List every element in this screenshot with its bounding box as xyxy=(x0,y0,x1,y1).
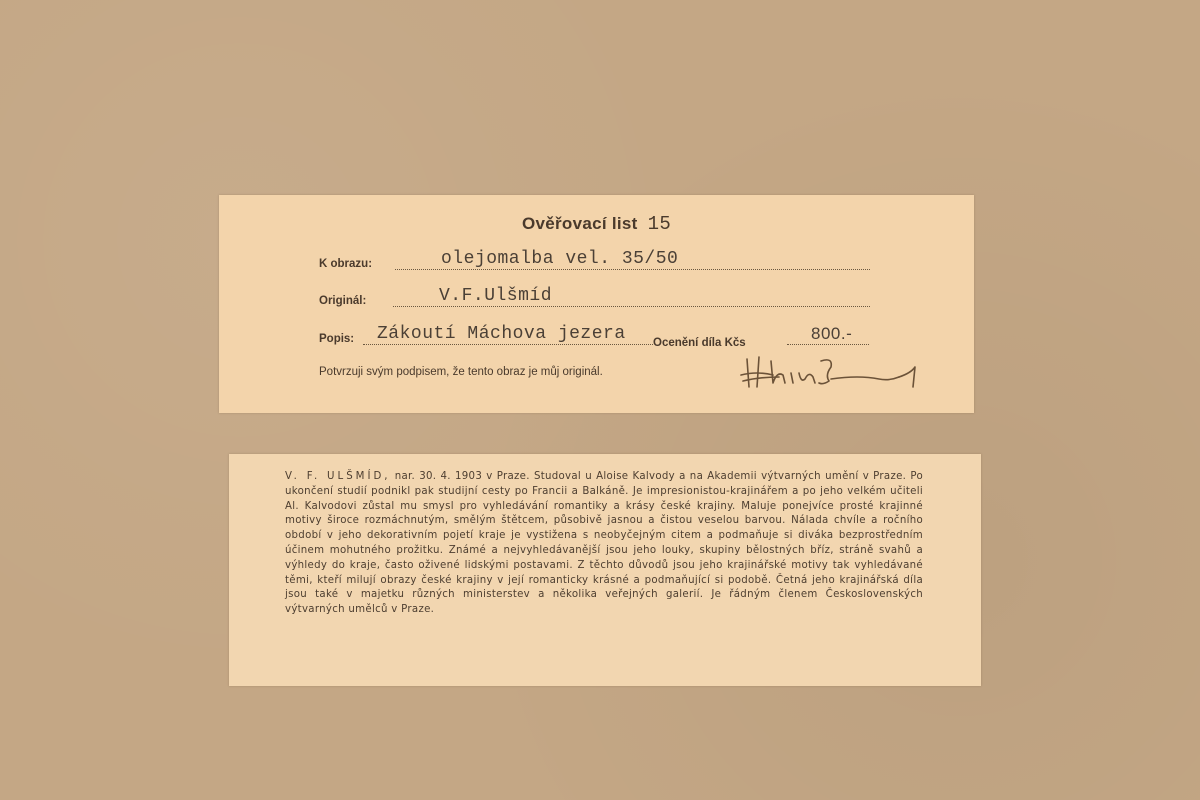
oceneni-value: 800.- xyxy=(811,324,852,344)
certificate-label: Ověřovací list15 K obrazu: olejomalba ve… xyxy=(219,195,974,413)
certificate-title: Ověřovací list15 xyxy=(219,213,974,235)
certificate-number: 15 xyxy=(648,213,671,235)
artist-name: V. F. ULŠMÍD, xyxy=(285,471,391,482)
field-k-obrazu: K obrazu: olejomalba vel. 35/50 xyxy=(319,248,874,272)
original-label: Originál: xyxy=(319,295,366,307)
biography-label: V. F. ULŠMÍD, nar. 30. 4. 1903 v Praze. … xyxy=(229,454,981,686)
biography-body: nar. 30. 4. 1903 v Praze. Studoval u Alo… xyxy=(285,471,923,615)
popis-label: Popis: xyxy=(319,333,354,345)
signature-icon xyxy=(739,353,929,393)
confirmation-text: Potvrzuji svým podpisem, že tento obraz … xyxy=(319,366,603,378)
dotted-line xyxy=(395,269,870,270)
k-obrazu-value: olejomalba vel. 35/50 xyxy=(441,249,678,269)
dotted-line xyxy=(363,344,653,345)
field-popis: Popis: Zákoutí Máchova jezera Ocenění dí… xyxy=(319,323,879,347)
field-original: Originál: V.F.Ulšmíd xyxy=(319,285,874,309)
original-value: V.F.Ulšmíd xyxy=(439,286,552,306)
title-text: Ověřovací list xyxy=(522,214,638,233)
k-obrazu-label: K obrazu: xyxy=(319,258,372,270)
popis-value: Zákoutí Máchova jezera xyxy=(377,324,626,344)
dotted-line xyxy=(787,344,869,345)
biography-text: V. F. ULŠMÍD, nar. 30. 4. 1903 v Praze. … xyxy=(285,470,923,618)
oceneni-label: Ocenění díla Kčs xyxy=(653,337,746,349)
dotted-line xyxy=(393,306,870,307)
